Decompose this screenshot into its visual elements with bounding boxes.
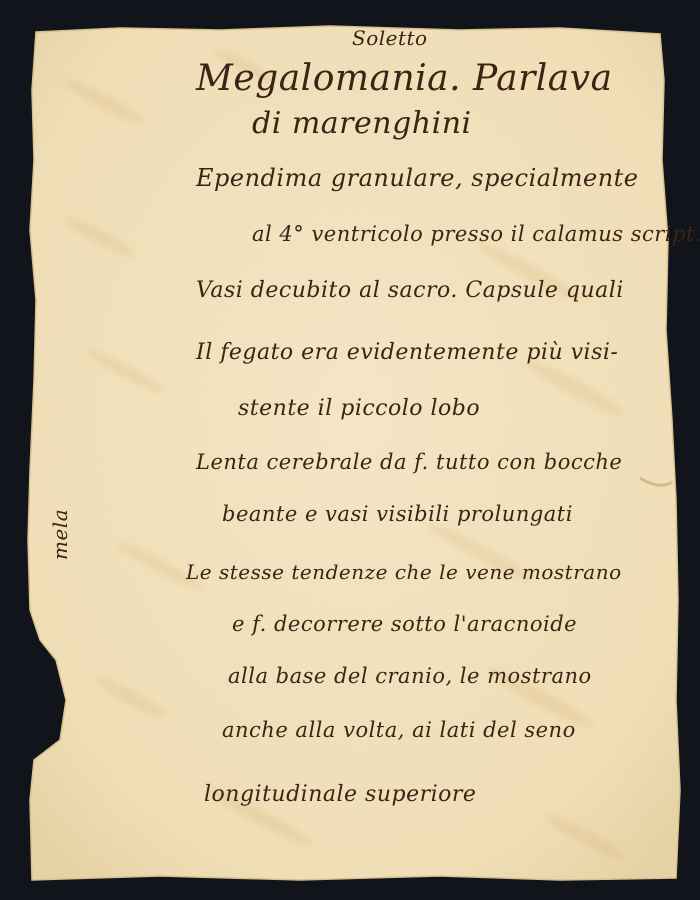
- manuscript-line-10: Le stesse tendenze che le vene mostrano: [186, 560, 622, 584]
- manuscript-line-9: beante e vasi visibili prolungati: [222, 502, 573, 526]
- manuscript-line-1: Megalomania. Parlava: [196, 58, 613, 99]
- manuscript-line-4: al 4° ventricolo presso il calamus scrip…: [252, 222, 700, 246]
- manuscript-line-5: Vasi decubito al sacro. Capsule quali: [196, 278, 624, 303]
- margin-note: mela: [48, 509, 72, 560]
- manuscript-line-3: Ependima granulare, specialmente: [196, 164, 639, 192]
- manuscript-line-7: stente il piccolo lobo: [238, 396, 480, 421]
- manuscript-line-14: longitudinale superiore: [204, 782, 476, 807]
- manuscript-line-11: e f. decorrere sotto l'aracnoide: [232, 612, 577, 636]
- manuscript-line-8: Lenta cerebrale da f. tutto con bocche: [196, 450, 622, 474]
- manuscript-line-6: Il fegato era evidentemente più visi-: [196, 340, 618, 365]
- manuscript-line-13: anche alla volta, ai lati del seno: [222, 718, 576, 742]
- heading-note: Soletto: [352, 26, 428, 50]
- manuscript-line-2: di marenghini: [252, 106, 472, 141]
- document-viewer: Soletto Megalomania. Parlava di marenghi…: [0, 0, 700, 900]
- manuscript-line-12: alla base del cranio, le mostrano: [228, 664, 592, 688]
